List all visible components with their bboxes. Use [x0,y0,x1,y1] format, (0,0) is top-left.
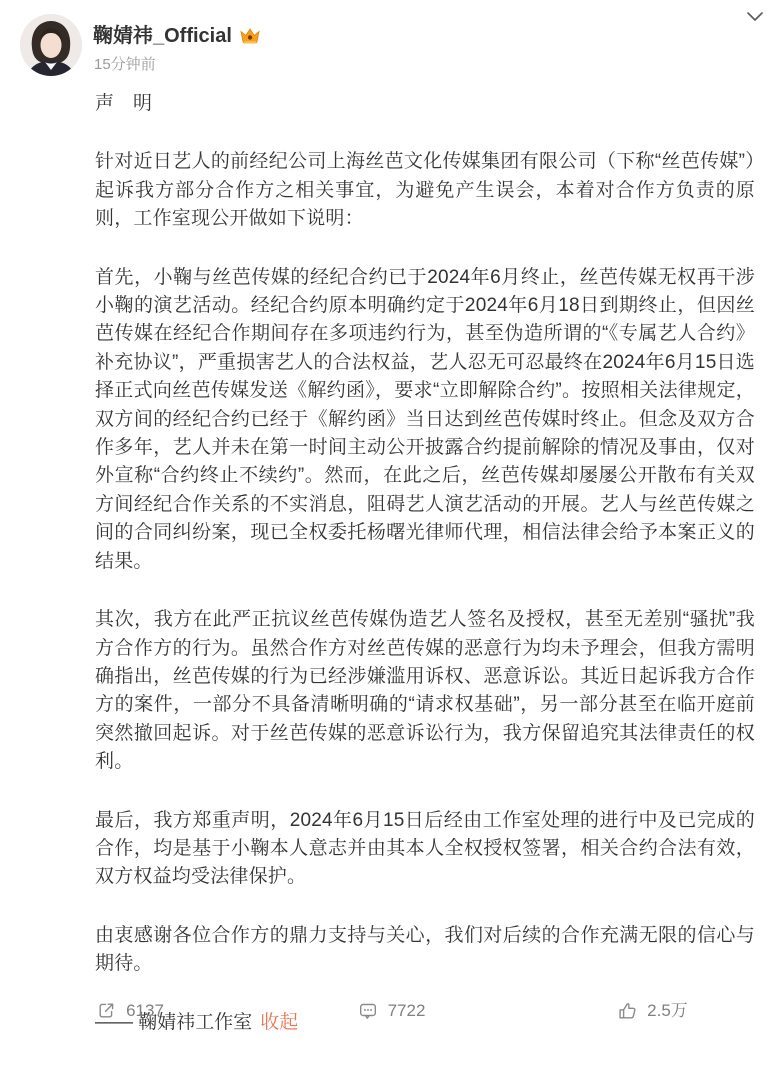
comment-icon [358,1002,378,1020]
statement-paragraph: 针对近日艺人的前经纪公司上海丝芭文化传媒集团有限公司（下称“丝芭传媒”）起诉我方… [95,148,755,233]
avatar[interactable] [20,14,82,76]
action-bar: 6137 7722 2.5万 [0,985,783,1037]
username[interactable]: 鞠婧祎_Official [93,25,232,47]
timestamp[interactable]: 15分钟前 [94,57,156,73]
statement-paragraph: 首先，小鞠与丝芭传媒的经纪合约已于2024年6月终止，丝芭传媒无权再干涉小鞠的演… [95,264,755,576]
repost-icon [97,1001,116,1020]
post-content: 声 明 针对近日艺人的前经纪公司上海丝芭文化传媒集团有限公司（下称“丝芭传媒”）… [0,90,783,1037]
statement-title: 声 明 [95,90,755,118]
comment-button[interactable]: 7722 [261,985,522,1037]
avatar-image [20,14,82,76]
post-header: 鞠婧祎_Official 15分钟前 [0,0,783,76]
repost-count: 6137 [126,1002,164,1020]
like-icon [617,1001,637,1020]
statement-paragraph: 由衷感谢各位合作方的鼎力支持与关心，我们对后续的合作充满无限的信心与期待。 [95,922,755,979]
like-button[interactable]: 2.5万 [522,985,783,1037]
like-count: 2.5万 [647,1002,688,1020]
statement-paragraph: 其次，我方在此严正抗议丝芭传媒伪造艺人签名及授权，甚至无差别“骚扰”我方合作方的… [95,606,755,776]
crown-badge-icon [239,26,261,46]
chevron-down-icon[interactable] [744,8,766,26]
repost-button[interactable]: 6137 [0,985,261,1037]
statement-paragraph: 最后，我方郑重声明，2024年6月15日后经由工作室处理的进行中及已完成的合作，… [95,807,755,892]
weibo-post: 鞠婧祎_Official 15分钟前 声 明 针对近日艺人的前经纪公司上海丝芭文… [0,0,783,1037]
comment-count: 7722 [388,1002,426,1020]
